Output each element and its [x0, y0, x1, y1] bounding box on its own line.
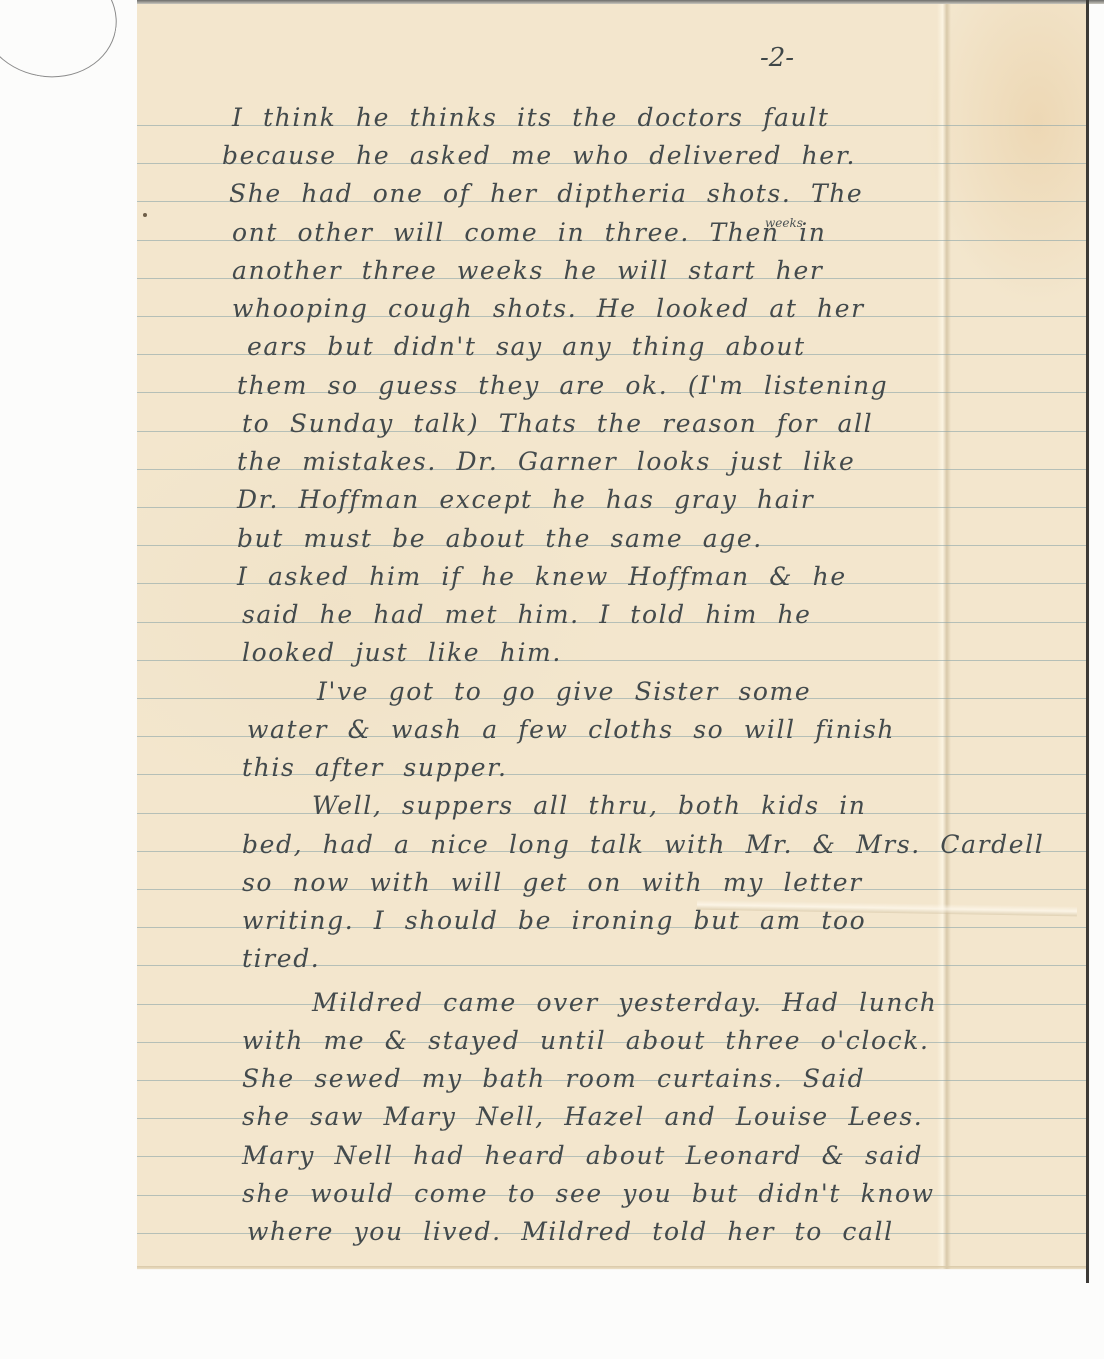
letter-line-18: this after supper.	[242, 753, 508, 782]
letter-line-26: She sewed my bath room curtains. Said	[242, 1064, 865, 1093]
letter-line-27: she saw Mary Nell, Hazel and Louise Lees…	[242, 1102, 923, 1131]
letter-line-9: to Sunday talk) Thats the reason for all	[242, 409, 873, 438]
letter-line-30: where you lived. Mildred told her to cal…	[247, 1217, 894, 1246]
letter-line-17: water & wash a few cloths so will finish	[247, 715, 895, 744]
letter-line-6: whooping cough shots. He looked at her	[232, 294, 865, 323]
letter-line-8: them so guess they are ok. (I'm listenin…	[237, 371, 888, 400]
letter-line-11: Dr. Hoffman except he has gray hair	[237, 485, 814, 514]
letter-line-12: but must be about the same age.	[237, 524, 763, 553]
letter-line-29: she would come to see you but didn't kno…	[242, 1179, 935, 1208]
letter-line-16: I've got to go give Sister some	[317, 677, 811, 706]
letter-line-21: so now with will get on with my letter	[242, 868, 863, 897]
letter-line-13: I asked him if he knew Hoffman & he	[237, 562, 847, 591]
letter-line-14: said he had met him. I told him he	[242, 600, 812, 629]
paper-bottom-edge	[137, 1266, 1086, 1270]
letter-line-19: Well, suppers all thru, both kids in	[312, 791, 867, 820]
letter-line-3: She had one of her diptheria shots. The	[229, 179, 863, 208]
letter-page: -2- weeks I think he thinks its the doct…	[137, 3, 1086, 1269]
scan-top-shadow	[137, 0, 1104, 4]
ink-spot	[143, 213, 147, 217]
letter-line-4: ont other will come in three. Then in	[232, 218, 826, 247]
letter-line-25: with me & stayed until about three o'clo…	[242, 1026, 930, 1055]
letter-line-23: tired.	[242, 944, 320, 973]
letter-line-1: I think he thinks its the doctors fault	[232, 103, 829, 132]
scan-right-edge	[1086, 0, 1089, 1283]
letter-line-7: ears but didn't say any thing about	[247, 332, 806, 361]
letter-line-22: writing. I should be ironing but am too	[242, 906, 866, 935]
letter-line-20: bed, had a nice long talk with Mr. & Mrs…	[242, 830, 1044, 859]
letter-line-24: Mildred came over yesterday. Had lunch	[312, 988, 937, 1017]
letter-line-10: the mistakes. Dr. Garner looks just like	[237, 447, 855, 476]
letter-line-2: because he asked me who delivered her.	[222, 141, 856, 170]
letter-line-15: looked just like him.	[242, 638, 562, 667]
page-number: -2-	[737, 43, 817, 73]
letter-line-28: Mary Nell had heard about Leonard & said	[242, 1141, 923, 1170]
letter-line-5: another three weeks he will start her	[232, 256, 823, 285]
